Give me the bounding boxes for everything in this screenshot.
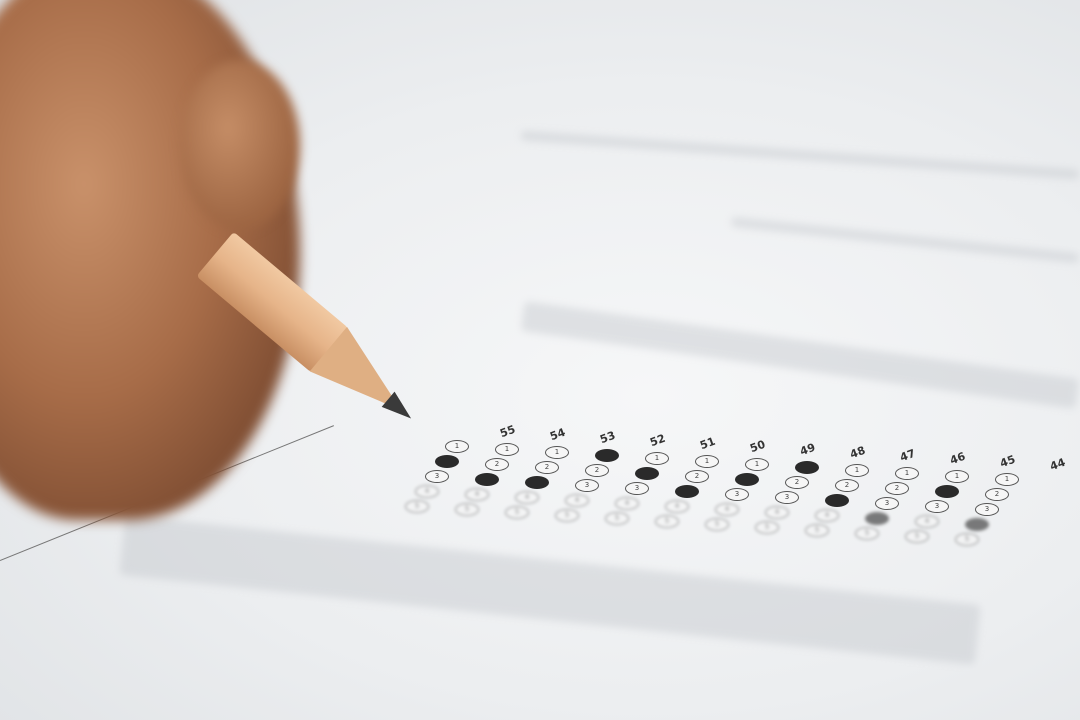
answer-bubble[interactable]: 2 — [985, 488, 1009, 501]
answer-bubble[interactable]: 4 — [965, 518, 989, 531]
answer-bubble[interactable]: 1 — [545, 446, 569, 459]
answer-bubble[interactable]: 3 — [775, 491, 799, 504]
answer-bubble[interactable]: 2 — [785, 476, 809, 489]
answer-bubble[interactable]: 2 — [685, 470, 709, 483]
answer-bubble[interactable]: 3 — [475, 473, 499, 486]
answer-bubble[interactable]: 2 — [435, 455, 459, 468]
answer-bubble[interactable]: 5 — [605, 512, 629, 525]
answer-bubble[interactable]: 4 — [715, 503, 739, 516]
answer-bubble[interactable]: 3 — [925, 500, 949, 513]
answer-bubble[interactable]: 4 — [415, 485, 439, 498]
answer-bubble[interactable]: 1 — [695, 455, 719, 468]
answer-bubble[interactable]: 4 — [915, 515, 939, 528]
answer-bubble[interactable]: 2 — [835, 479, 859, 492]
answer-bubble[interactable]: 4 — [515, 491, 539, 504]
answer-bubble[interactable]: 5 — [455, 503, 479, 516]
answer-bubble[interactable]: 3 — [725, 488, 749, 501]
answer-bubble[interactable]: 5 — [905, 530, 929, 543]
answer-bubble[interactable]: 1 — [495, 443, 519, 456]
answer-bubble[interactable]: 5 — [955, 533, 979, 546]
answer-bubble[interactable]: 4 — [815, 509, 839, 522]
answer-bubble[interactable]: 4 — [615, 497, 639, 510]
answer-bubble[interactable]: 1 — [645, 452, 669, 465]
answer-bubble[interactable]: 1 — [845, 464, 869, 477]
answer-bubble[interactable]: 4 — [765, 506, 789, 519]
answer-bubble[interactable]: 1 — [995, 473, 1019, 486]
answer-bubble[interactable]: 1 — [445, 440, 469, 453]
answer-bubble[interactable]: 5 — [755, 521, 779, 534]
answer-bubble[interactable]: 5 — [655, 515, 679, 528]
answer-bubble[interactable]: 4 — [465, 488, 489, 501]
answer-bubble[interactable]: 4 — [865, 512, 889, 525]
answer-bubble[interactable]: 2 — [535, 461, 559, 474]
answer-bubble[interactable]: 1 — [795, 461, 819, 474]
answer-bubble[interactable]: 1 — [595, 449, 619, 462]
answer-bubble[interactable]: 2 — [635, 467, 659, 480]
answer-bubble[interactable]: 2 — [585, 464, 609, 477]
answer-bubble[interactable]: 5 — [805, 524, 829, 537]
answer-bubble[interactable]: 2 — [885, 482, 909, 495]
finger — [180, 60, 300, 230]
answer-bubble[interactable]: 5 — [855, 527, 879, 540]
answer-bubble[interactable]: 1 — [945, 470, 969, 483]
answer-bubble[interactable]: 1 — [895, 467, 919, 480]
answer-bubble[interactable]: 3 — [825, 494, 849, 507]
answer-bubble[interactable]: 4 — [665, 500, 689, 513]
answer-bubble[interactable]: 5 — [705, 518, 729, 531]
answer-bubble[interactable]: 2 — [485, 458, 509, 471]
answer-bubble[interactable]: 3 — [425, 470, 449, 483]
answer-bubble[interactable]: 3 — [575, 479, 599, 492]
answer-bubble[interactable]: 2 — [735, 473, 759, 486]
answer-bubble[interactable]: 3 — [625, 482, 649, 495]
answer-bubble[interactable]: 3 — [975, 503, 999, 516]
answer-bubble[interactable]: 1 — [745, 458, 769, 471]
answer-bubble[interactable]: 3 — [525, 476, 549, 489]
answer-bubble[interactable]: 5 — [505, 506, 529, 519]
answer-bubble[interactable]: 4 — [565, 494, 589, 507]
answer-bubble[interactable]: 3 — [875, 497, 899, 510]
answer-bubble[interactable]: 3 — [675, 485, 699, 498]
answer-bubble[interactable]: 5 — [405, 500, 429, 513]
answer-bubble[interactable]: 2 — [935, 485, 959, 498]
answer-bubble[interactable]: 5 — [555, 509, 579, 522]
